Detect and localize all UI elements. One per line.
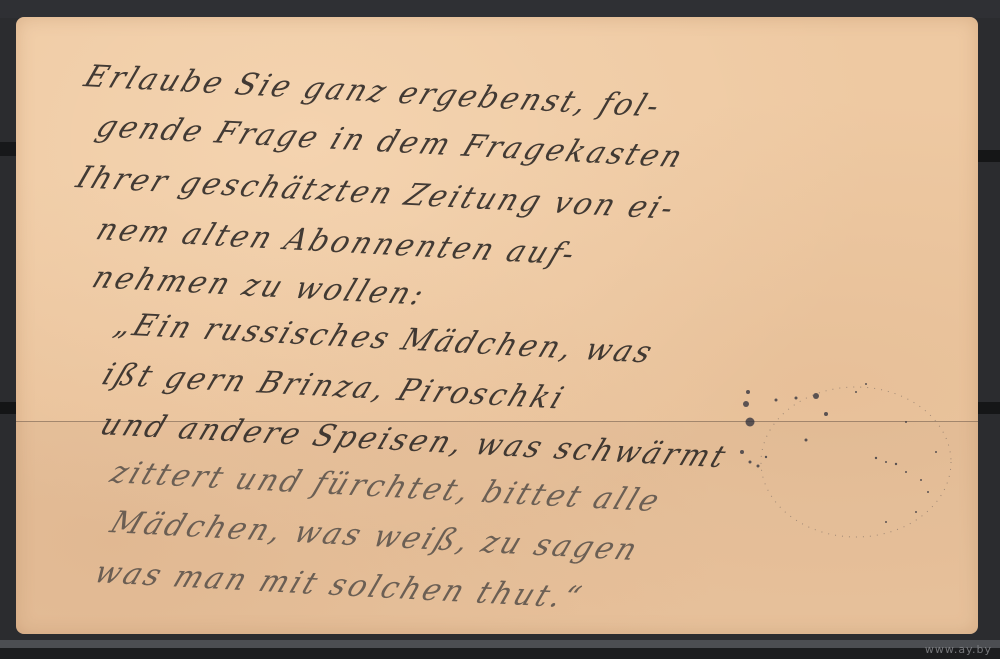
postmark-icon bbox=[706, 362, 966, 552]
handwriting-line: ißt gern Brinza, Piroschki bbox=[97, 357, 571, 416]
postcard: Erlaube Sie ganz ergebenst, fol- gende F… bbox=[16, 17, 978, 634]
scan-background-bottom bbox=[0, 640, 1000, 648]
scanner-rail bbox=[978, 402, 1000, 414]
scan-background-bottom-dark bbox=[0, 648, 1000, 659]
scanner-rail bbox=[978, 150, 1000, 162]
scan-background-top bbox=[0, 0, 1000, 18]
handwriting-line: nehmen zu wollen: bbox=[87, 260, 431, 313]
handwriting-line: was man mit solchen thut.“ bbox=[89, 555, 588, 616]
watermark: www.ay.by bbox=[925, 643, 992, 656]
